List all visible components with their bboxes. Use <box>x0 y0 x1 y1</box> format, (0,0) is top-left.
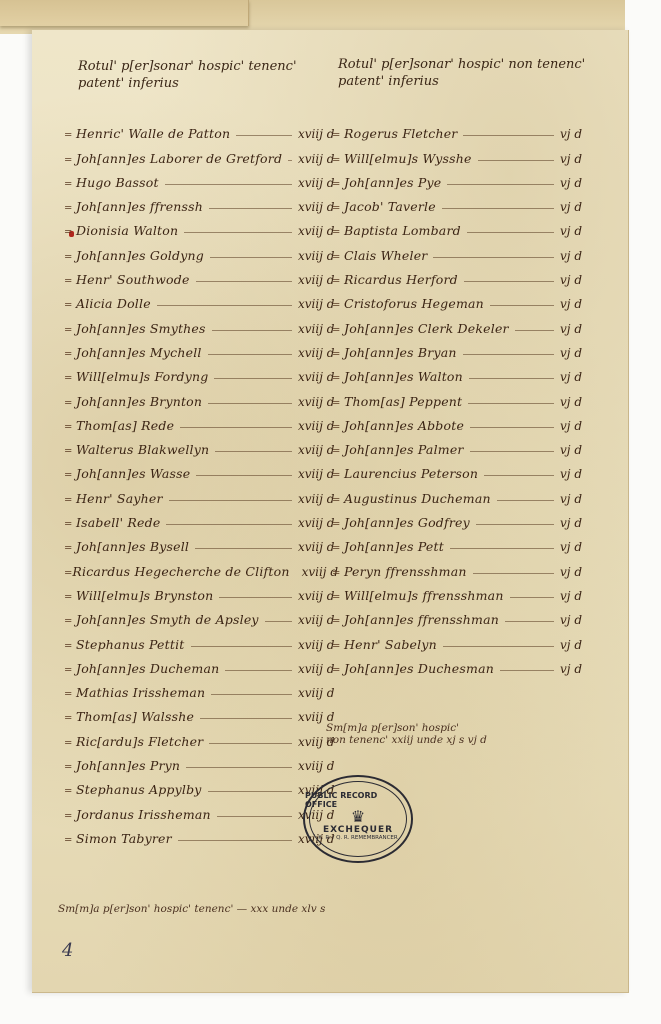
entry-amount: xviij d <box>298 249 332 263</box>
entry-name: Will[elmu]s Brynston <box>76 588 213 603</box>
entry-name: Stephanus Appylby <box>76 782 202 797</box>
parchment-fold <box>0 0 249 26</box>
entry-amount: xviij d <box>298 200 332 214</box>
entry-amount: xviij d <box>298 346 332 360</box>
entry-rule-line <box>510 597 554 598</box>
entry-mark: = <box>332 130 344 141</box>
list-item: =Hugo Bassotxviij d <box>64 166 332 190</box>
entry-name: Cristoforus Hegeman <box>344 296 484 311</box>
list-item: =Mathias Irisshemanxviij d <box>64 676 332 700</box>
entry-mark: = <box>64 203 76 214</box>
entry-name: Henr' Southwode <box>76 272 190 287</box>
entry-rule-line <box>169 500 292 501</box>
entry-amount: xviij d <box>298 467 332 481</box>
list-item: =Joh[ann]es Mychellxviij d <box>64 336 332 360</box>
entry-rule-line <box>484 475 554 476</box>
list-item: =Henric' Walle de Pattonxviij d <box>64 117 332 141</box>
entry-amount: xviij d <box>298 297 332 311</box>
entry-mark: = <box>64 519 76 530</box>
entry-name: Joh[ann]es Abbote <box>344 418 464 433</box>
entry-rule-line <box>433 257 554 258</box>
entry-rule-line <box>478 160 554 161</box>
entry-mark: = <box>64 300 76 311</box>
entry-rule-line <box>215 451 292 452</box>
list-item: =Joh[ann]es ffrensshxviij d <box>64 190 332 214</box>
entry-mark: = <box>64 349 76 360</box>
list-item: =Joh[ann]es Duchesmanvj d <box>332 652 594 676</box>
entry-rule-line <box>467 232 554 233</box>
list-item: =Ricardus Hegecherche de Cliftonxviij d <box>64 554 332 578</box>
entry-rule-line <box>500 670 554 671</box>
entry-amount: xviij d <box>298 419 332 433</box>
entry-name: Stephanus Pettit <box>76 637 185 652</box>
list-item: =Henr' Sayherxviij d <box>64 481 332 505</box>
entry-rule-line <box>191 646 293 647</box>
entry-mark: = <box>332 616 344 627</box>
entry-rule-line <box>209 208 292 209</box>
entry-name: Thom[as] Peppent <box>344 394 462 409</box>
list-item: =Alicia Dollexviij d <box>64 287 332 311</box>
list-item: =Cristoforus Hegemanvj d <box>332 287 594 311</box>
list-item: =Joh[ann]es Bryanvj d <box>332 336 594 360</box>
right-column-total: Sm[m]a p[er]son' hospic' non tenenc' xxi… <box>326 722 487 746</box>
entry-mark: = <box>64 398 76 409</box>
entry-amount: xviij d <box>298 638 332 652</box>
entry-mark: = <box>332 665 344 676</box>
entry-rule-line <box>209 743 292 744</box>
entry-name: Ricardus Herford <box>344 272 458 287</box>
list-item: =Thom[as] Redexviij d <box>64 409 332 433</box>
entry-name: Joh[ann]es Goldyng <box>76 248 204 263</box>
entry-mark: = <box>332 276 344 287</box>
entry-amount: vj d <box>560 346 594 360</box>
entry-amount: xviij d <box>298 273 332 287</box>
entry-amount: vj d <box>560 370 594 384</box>
list-item: =Ricardus Herfordvj d <box>332 263 594 287</box>
entry-rule-line <box>265 621 292 622</box>
entry-rule-line <box>450 548 554 549</box>
entry-rule-line <box>196 281 292 282</box>
list-item: =Joh[ann]es Goldyngxviij d <box>64 238 332 262</box>
entry-name: Joh[ann]es Palmer <box>344 442 464 457</box>
entry-name: Baptista Lombard <box>344 223 461 238</box>
entry-mark: = <box>332 422 344 433</box>
entry-name: Joh[ann]es Brynton <box>76 394 202 409</box>
right-heading-line-2: patent' inferius <box>338 73 585 90</box>
entry-rule-line <box>208 354 292 355</box>
entry-name: Thom[as] Walsshe <box>76 709 194 724</box>
entry-amount: xviij d <box>298 662 332 676</box>
entry-name: Henric' Walle de Patton <box>76 126 230 141</box>
list-item: =Thom[as] Peppentvj d <box>332 384 594 408</box>
list-item: =Augustinus Duchemanvj d <box>332 481 594 505</box>
entry-name: Joh[ann]es Clerk Dekeler <box>344 321 509 336</box>
entry-rule-line <box>473 573 554 574</box>
list-item: =Joh[ann]es Laborer de Gretfordxviij d <box>64 141 332 165</box>
entry-mark: = <box>332 568 344 579</box>
entry-rule-line <box>196 475 292 476</box>
entry-amount: vj d <box>560 297 594 311</box>
entry-amount: xviij d <box>298 176 332 190</box>
entry-mark: = <box>64 689 76 700</box>
entry-rule-line <box>515 330 554 331</box>
entry-name: Simon Tabyrer <box>76 831 172 846</box>
entry-name: Joh[ann]es Walton <box>344 369 463 384</box>
entry-mark: = <box>64 252 76 263</box>
entry-name: Joh[ann]es Laborer de Gretford <box>76 151 282 166</box>
entry-mark: = <box>64 276 76 287</box>
entry-name: Joh[ann]es Duchesman <box>344 661 494 676</box>
entry-rule-line <box>195 548 292 549</box>
entry-amount: xviij d <box>298 443 332 457</box>
list-item: =Joh[ann]es Pyevj d <box>332 166 594 190</box>
list-item: =Will[elmu]s ffrensshmanvj d <box>332 579 594 603</box>
list-item: =Joh[ann]es Prynxviij d <box>64 749 332 773</box>
entry-mark: = <box>332 519 344 530</box>
entry-mark: = <box>64 227 76 238</box>
entry-mark: = <box>332 470 344 481</box>
entry-mark: = <box>64 762 76 773</box>
entry-rule-line <box>217 816 292 817</box>
list-item: =Peryn ffrensshmanvj d <box>332 554 594 578</box>
list-item: =Stephanus Pettitxviij d <box>64 627 332 651</box>
list-item: =Thom[as] Walsshexviij d <box>64 700 332 724</box>
entry-mark: = <box>332 373 344 384</box>
list-item: =Laurencius Petersonvj d <box>332 457 594 481</box>
entry-mark: = <box>64 495 76 506</box>
entry-name: Joh[ann]es Pett <box>344 539 444 554</box>
stamp-inner-ring <box>309 781 407 857</box>
entry-amount: vj d <box>560 224 594 238</box>
entry-rule-line <box>157 305 292 306</box>
entry-rule-line <box>443 646 554 647</box>
list-item: =Ric[ardu]s Fletcherxviij d <box>64 724 332 748</box>
entry-name: Thom[as] Rede <box>76 418 174 433</box>
entry-amount: vj d <box>560 540 594 554</box>
entry-amount: xviij d <box>298 492 332 506</box>
entry-amount: vj d <box>560 443 594 457</box>
entry-rule-line <box>184 232 292 233</box>
left-column-entries: =Henric' Walle de Pattonxviij d=Joh[ann]… <box>64 117 332 846</box>
entry-rule-line <box>464 281 554 282</box>
entry-rule-line <box>178 840 292 841</box>
entry-name: Joh[ann]es Mychell <box>76 345 202 360</box>
entry-mark: = <box>64 373 76 384</box>
entry-name: Joh[ann]es Bysell <box>76 539 189 554</box>
entry-amount: xviij d <box>298 127 332 141</box>
entry-name: Will[elmu]s Fordyng <box>76 369 208 384</box>
entry-name: Augustinus Ducheman <box>344 491 491 506</box>
entry-amount: vj d <box>560 516 594 530</box>
list-item: =Joh[ann]es Duchemanxviij d <box>64 652 332 676</box>
entry-name: Hugo Bassot <box>76 175 159 190</box>
entry-name: Isabell' Rede <box>76 515 160 530</box>
entry-rule-line <box>210 257 292 258</box>
list-item: =Joh[ann]es Godfreyvj d <box>332 506 594 530</box>
entry-rule-line <box>469 378 554 379</box>
entry-amount: xviij d <box>298 613 332 627</box>
entry-mark: = <box>332 592 344 603</box>
entry-mark: = <box>332 325 344 336</box>
entry-amount: xviij d <box>298 759 332 773</box>
entry-mark: = <box>332 543 344 554</box>
entry-amount: vj d <box>560 176 594 190</box>
entry-amount: vj d <box>560 565 594 579</box>
entry-mark: = <box>64 179 76 190</box>
entry-amount: vj d <box>560 127 594 141</box>
entry-name: Ric[ardu]s Fletcher <box>76 734 203 749</box>
entry-name: Joh[ann]es Smyth de Apsley <box>76 612 259 627</box>
list-item: =Jacob' Taverlevj d <box>332 190 594 214</box>
entry-mark: = <box>64 325 76 336</box>
entry-name: Joh[ann]es Pye <box>344 175 441 190</box>
entry-name: Dionisia Walton <box>76 223 178 238</box>
list-item: =Joh[ann]es Abbotevj d <box>332 409 594 433</box>
entry-rule-line <box>200 718 292 719</box>
entry-amount: vj d <box>560 613 594 627</box>
list-item: =Joh[ann]es Clerk Dekelervj d <box>332 311 594 335</box>
entry-rule-line <box>211 694 292 695</box>
entry-name: Jordanus Irissheman <box>76 807 211 822</box>
list-item: =Baptista Lombardvj d <box>332 214 594 238</box>
list-item: =Henr' Sabelynvj d <box>332 627 594 651</box>
entry-name: Joh[ann]es Godfrey <box>344 515 470 530</box>
right-heading-line-1: Rotul' p[er]sonar' hospic' non tenenc' <box>338 56 585 73</box>
entry-mark: = <box>332 300 344 311</box>
entry-amount: vj d <box>560 152 594 166</box>
entry-rule-line <box>214 378 292 379</box>
entry-mark: = <box>332 252 344 263</box>
list-item: =Joh[ann]es Wassexviij d <box>64 457 332 481</box>
entry-name: Mathias Irissheman <box>76 685 205 700</box>
left-heading-line-1: Rotul' p[er]sonar' hospic' tenenc' <box>78 58 297 75</box>
list-item: =Will[elmu]s Brynstonxviij d <box>64 579 332 603</box>
entry-name: Joh[ann]es Ducheman <box>76 661 219 676</box>
entry-rule-line <box>165 184 292 185</box>
left-column-total: Sm[m]a p[er]son' hospic' tenenc' — xxx u… <box>58 903 325 915</box>
entry-amount: xviij d <box>298 516 332 530</box>
entry-rule-line <box>447 184 554 185</box>
entry-name: Joh[ann]es Wasse <box>76 466 190 481</box>
entry-name: Joh[ann]es Smythes <box>76 321 206 336</box>
folded-parchment-strip <box>0 0 625 34</box>
entry-name: Laurencius Peterson <box>344 466 478 481</box>
entry-amount: vj d <box>560 395 594 409</box>
entry-mark: = <box>332 349 344 360</box>
entry-rule-line <box>208 403 292 404</box>
entry-name: Peryn ffrensshman <box>344 564 467 579</box>
entry-mark: = <box>332 446 344 457</box>
entry-mark: = <box>332 227 344 238</box>
entry-mark: = <box>64 811 76 822</box>
entry-amount: vj d <box>560 638 594 652</box>
entry-amount: vj d <box>560 492 594 506</box>
entry-name: Joh[ann]es Pryn <box>76 758 180 773</box>
entry-rule-line <box>166 524 292 525</box>
entry-amount: xviij d <box>298 322 332 336</box>
entry-mark: = <box>332 641 344 652</box>
entry-mark: = <box>64 422 76 433</box>
list-item: =Will[elmu]s Wysshevj d <box>332 141 594 165</box>
list-item: =Walterus Blakwellynxviij d <box>64 433 332 457</box>
entry-rule-line <box>497 500 554 501</box>
public-record-office-stamp: PUBLIC RECORD OFFICE ♛ EXCHEQUER K. R. /… <box>303 775 413 863</box>
entry-name: Will[elmu]s ffrensshman <box>344 588 504 603</box>
entry-rule-line <box>463 135 554 136</box>
entry-mark: = <box>332 179 344 190</box>
entry-mark: = <box>332 203 344 214</box>
entry-mark: = <box>64 616 76 627</box>
list-item: =Simon Tabyrerxviij d <box>64 822 332 846</box>
entry-mark: = <box>64 592 76 603</box>
entry-amount: xviij d <box>298 370 332 384</box>
entry-amount: vj d <box>560 589 594 603</box>
list-item: =Joh[ann]es Smyth de Apsleyxviij d <box>64 603 332 627</box>
list-item: =Jordanus Irisshemanxviij d <box>64 797 332 821</box>
list-item: =Joh[ann]es Bysellxviij d <box>64 530 332 554</box>
entry-mark: = <box>64 130 76 141</box>
entry-mark: = <box>332 398 344 409</box>
list-item: =Henr' Southwodexviij d <box>64 263 332 287</box>
entry-amount: vj d <box>560 419 594 433</box>
entry-mark: = <box>64 470 76 481</box>
entry-rule-line <box>470 427 554 428</box>
entry-name: Jacob' Taverle <box>344 199 436 214</box>
entry-amount: xviij d <box>298 224 332 238</box>
entry-mark: = <box>64 155 76 166</box>
entry-amount: vj d <box>560 322 594 336</box>
entry-rule-line <box>236 135 292 136</box>
list-item: =Joh[ann]es Waltonvj d <box>332 360 594 384</box>
entry-name: Joh[ann]es ffrensshman <box>344 612 499 627</box>
right-heading: Rotul' p[er]sonar' hospic' non tenenc' p… <box>338 56 585 90</box>
list-item: =Joh[ann]es Bryntonxviij d <box>64 384 332 408</box>
entry-rule-line <box>219 597 292 598</box>
entry-rule-line <box>442 208 554 209</box>
entry-amount: xviij d <box>298 395 332 409</box>
entry-rule-line <box>476 524 554 525</box>
entry-mark: = <box>332 155 344 166</box>
list-item: =Joh[ann]es Smythesxviij d <box>64 311 332 335</box>
right-total-line-2: non tenenc' xxiij unde xj s vj d <box>326 734 487 746</box>
entry-rule-line <box>208 791 292 792</box>
entry-name: Walterus Blakwellyn <box>76 442 209 457</box>
entry-rule-line <box>225 670 292 671</box>
entry-amount: vj d <box>560 200 594 214</box>
entry-rule-line <box>288 160 292 161</box>
list-item: =Rogerus Fletchervj d <box>332 117 594 141</box>
right-column-entries: =Rogerus Fletchervj d=Will[elmu]s Wysshe… <box>332 117 594 676</box>
left-heading: Rotul' p[er]sonar' hospic' tenenc' paten… <box>78 58 297 92</box>
entry-name: Clais Wheler <box>344 248 427 263</box>
list-item: =Dionisia Waltonxviij d <box>64 214 332 238</box>
list-item: =Isabell' Redexviij d <box>64 506 332 530</box>
entry-mark: = <box>64 665 76 676</box>
entry-mark: = <box>64 786 76 797</box>
list-item: =Stephanus Appylbyxviij d <box>64 773 332 797</box>
entry-amount: vj d <box>560 662 594 676</box>
entry-amount: xviij d <box>302 565 336 579</box>
entry-amount: vj d <box>560 467 594 481</box>
entry-amount: vj d <box>560 249 594 263</box>
entry-mark: = <box>332 495 344 506</box>
list-item: =Joh[ann]es Palmervj d <box>332 433 594 457</box>
entry-name: Joh[ann]es Bryan <box>344 345 457 360</box>
entry-amount: vj d <box>560 273 594 287</box>
left-heading-line-2: patent' inferius <box>78 75 297 92</box>
entry-name: Will[elmu]s Wysshe <box>344 151 472 166</box>
entry-mark: = <box>64 446 76 457</box>
folio-number: 4 <box>62 940 73 961</box>
entry-mark: = <box>64 738 76 749</box>
entry-mark: = <box>64 543 76 554</box>
entry-amount: xviij d <box>298 152 332 166</box>
entry-rule-line <box>505 621 554 622</box>
entry-rule-line <box>186 767 292 768</box>
entry-mark: = <box>64 835 76 846</box>
entry-amount: xviij d <box>298 589 332 603</box>
entry-name: Alicia Dolle <box>76 296 151 311</box>
entry-name: Henr' Sabelyn <box>344 637 437 652</box>
entry-name: Joh[ann]es ffrenssh <box>76 199 203 214</box>
list-item: =Joh[ann]es Pettvj d <box>332 530 594 554</box>
entry-rule-line <box>180 427 292 428</box>
entry-amount: xviij d <box>298 540 332 554</box>
entry-rule-line <box>463 354 554 355</box>
entry-rule-line <box>490 305 554 306</box>
entry-mark: = <box>64 641 76 652</box>
entry-name: Rogerus Fletcher <box>344 126 457 141</box>
entry-name: Henr' Sayher <box>76 491 163 506</box>
entry-rule-line <box>470 451 554 452</box>
list-item: =Joh[ann]es ffrensshmanvj d <box>332 603 594 627</box>
entry-name: Ricardus Hegecherche de Clifton <box>72 564 289 579</box>
entry-rule-line <box>212 330 292 331</box>
list-item: =Will[elmu]s Fordyngxviij d <box>64 360 332 384</box>
entry-amount: xviij d <box>298 686 332 700</box>
right-total-line-1: Sm[m]a p[er]son' hospic' <box>326 722 487 734</box>
entry-mark: = <box>64 713 76 724</box>
list-item: =Clais Whelervj d <box>332 238 594 262</box>
entry-rule-line <box>468 403 554 404</box>
